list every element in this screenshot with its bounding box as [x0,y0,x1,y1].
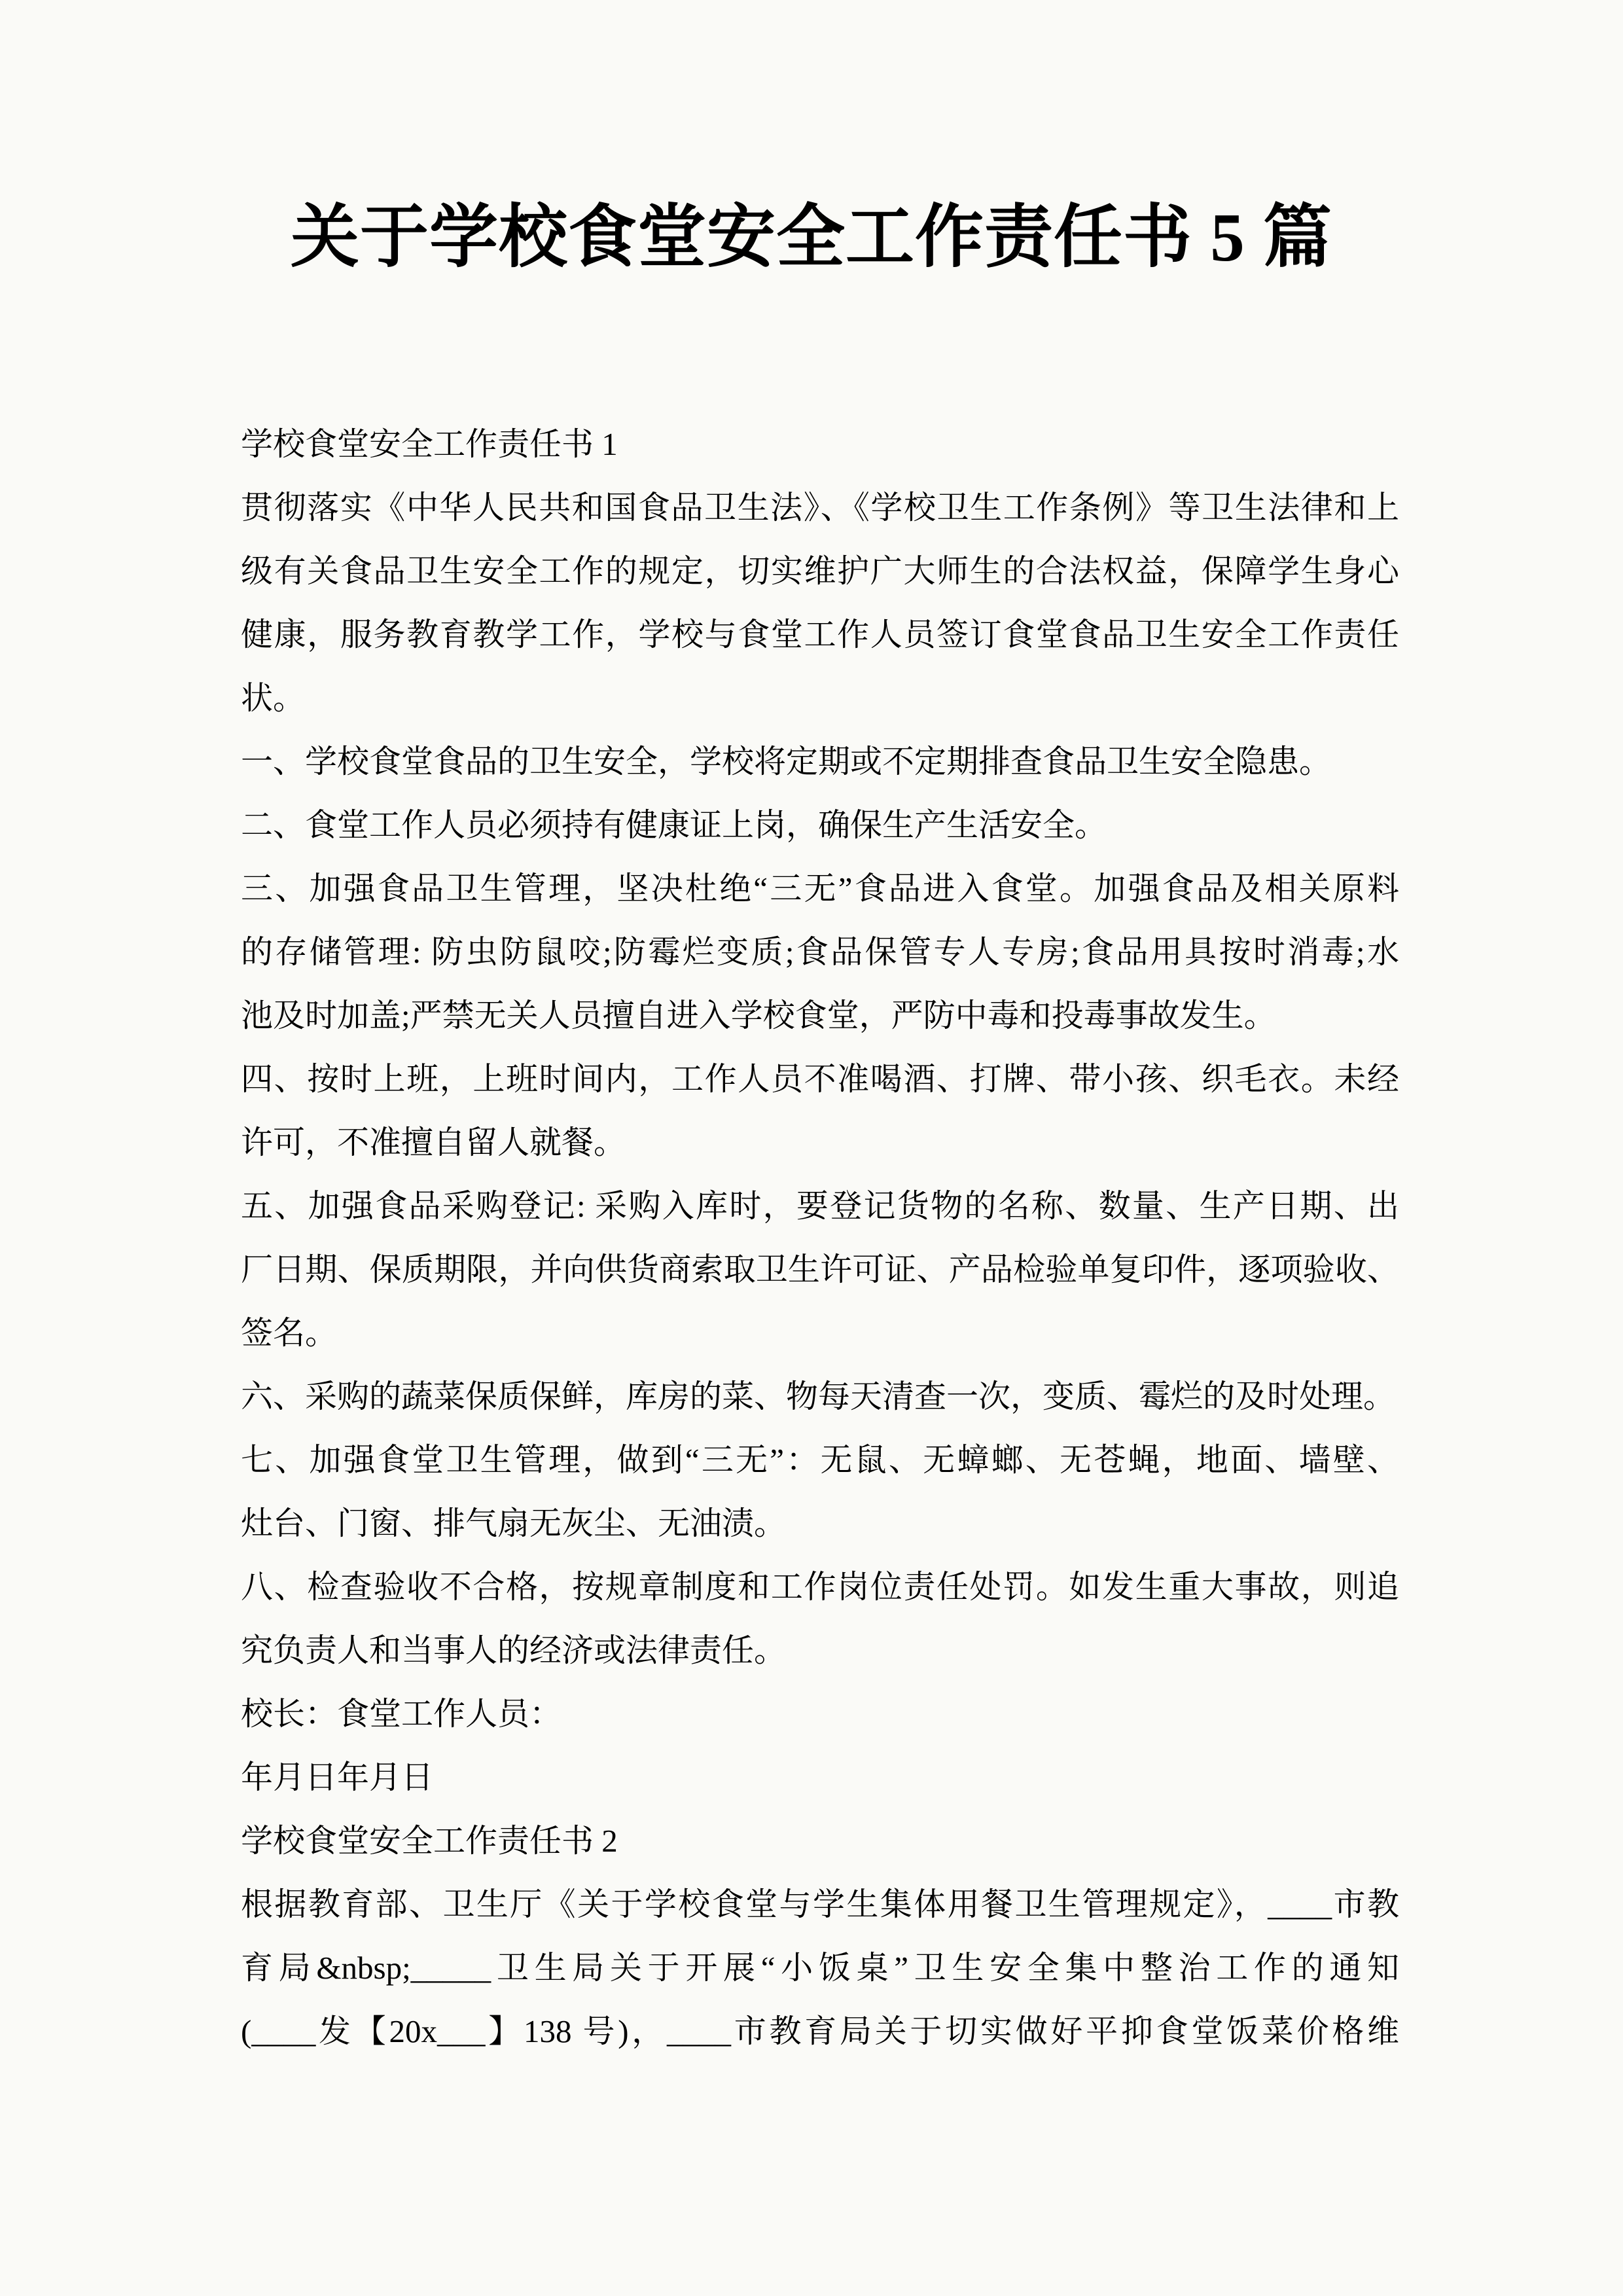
document-line: 校长：食堂工作人员： [241,1682,1399,1746]
document-line: 六、采购的蔬菜保质保鲜，库房的菜、物每天清查一次，变质、霉烂的及时处理。 [241,1365,1399,1428]
document-title: 关于学校食堂安全工作责任书 5 篇 [0,0,1623,279]
document-line: 厂日期、保质期限，并向供货商索取卫生许可证、产品检验单复印件，逐项验收、 [241,1238,1399,1301]
document-line: 灶台、门窗、排气扇无灰尘、无油渍。 [241,1492,1399,1555]
document-line: 四、按时上班，上班时间内，工作人员不准喝酒、打牌、带小孩、织毛衣。未经 [241,1047,1399,1111]
document-line: 五、加强食品采购登记: 采购入库时，要登记货物的名称、数量、生产日期、出 [241,1174,1399,1238]
document-line: (____发【20x___】138 号)，____市教育局关于切实做好平抑食堂饭… [241,2000,1399,2063]
document-line: 一、学校食堂食品的卫生安全，学校将定期或不定期排查食品卫生安全隐患。 [241,730,1399,793]
document-line: 学校食堂安全工作责任书 1 [241,412,1399,476]
document-line: 池及时加盖;严禁无关人员擅自进入学校食堂，严防中毒和投毒事故发生。 [241,984,1399,1047]
document-line: 许可，不准擅自留人就餐。 [241,1111,1399,1174]
document-body: 学校食堂安全工作责任书 1贯彻落实《中华人民共和国食品卫生法》、《学校卫生工作条… [241,412,1399,2063]
document-line: 三、加强食品卫生管理，坚决杜绝“三无”食品进入食堂。加强食品及相关原料 [241,857,1399,920]
document-line: 签名。 [241,1301,1399,1365]
document-line: 贯彻落实《中华人民共和国食品卫生法》、《学校卫生工作条例》等卫生法律和上 [241,476,1399,539]
document-line: 根据教育部、卫生厅《关于学校食堂与学生集体用餐卫生管理规定》，____市教 [241,1873,1399,1936]
document-line: 的存储管理: 防虫防鼠咬;防霉烂变质;食品保管专人专房;食品用具按时消毒;水 [241,920,1399,984]
document-line: 二、食堂工作人员必须持有健康证上岗，确保生产生活安全。 [241,793,1399,857]
document-line: 年月日年月日 [241,1746,1399,1809]
document-line: 七、加强食堂卫生管理，做到“三无”：无鼠、无蟑螂、无苍蝇，地面、墙壁、 [241,1428,1399,1492]
document-line: 究负责人和当事人的经济或法律责任。 [241,1619,1399,1682]
document-line: 八、检查验收不合格，按规章制度和工作岗位责任处罚。如发生重大事故，则追 [241,1555,1399,1619]
document-line: 学校食堂安全工作责任书 2 [241,1809,1399,1873]
document-line: 级有关食品卫生安全工作的规定，切实维护广大师生的合法权益，保障学生身心 [241,539,1399,603]
document-page: 关于学校食堂安全工作责任书 5 篇 学校食堂安全工作责任书 1贯彻落实《中华人民… [0,0,1623,2296]
document-line: 状。 [241,666,1399,730]
document-line: 健康，服务教育教学工作，学校与食堂工作人员签订食堂食品卫生安全工作责任 [241,603,1399,666]
document-line: 育局&nbsp;_____卫生局关于开展“小饭桌”卫生安全集中整治工作的通知 [241,1936,1399,2000]
